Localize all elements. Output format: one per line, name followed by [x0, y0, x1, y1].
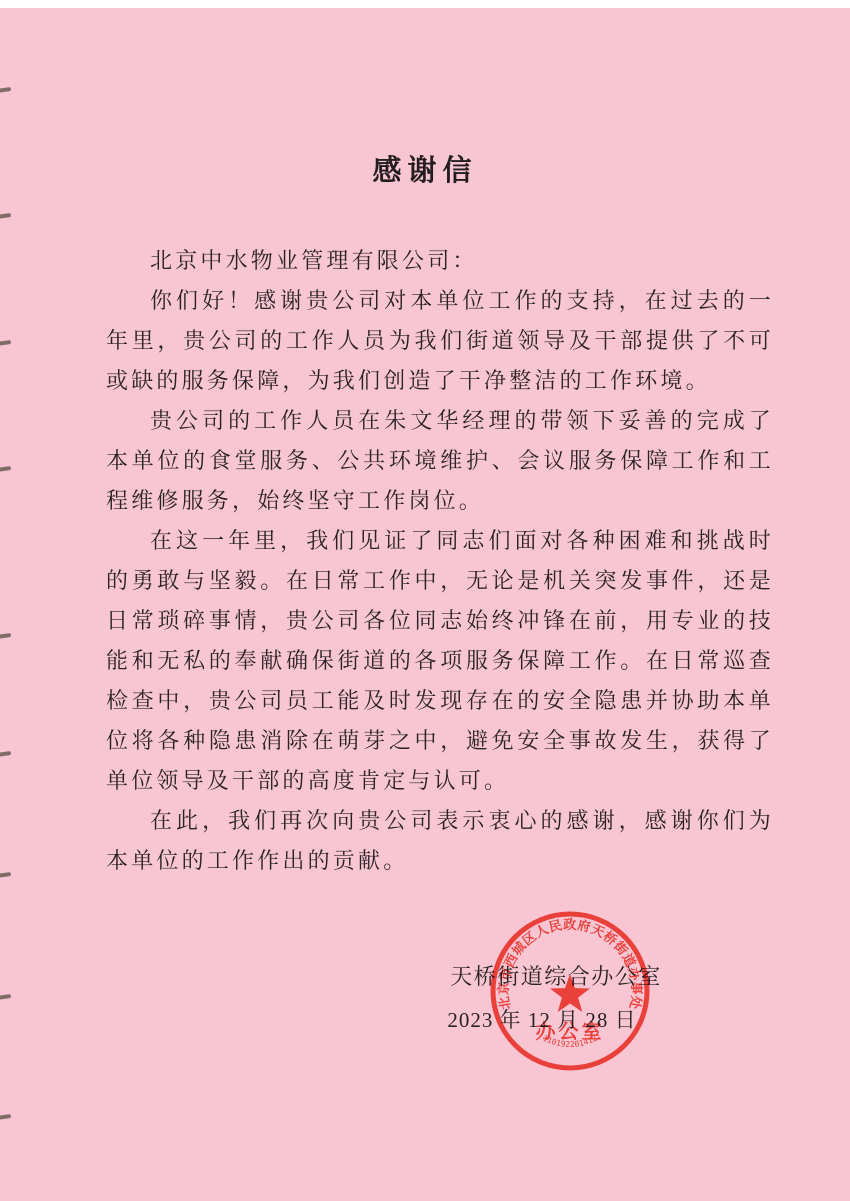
scan-artifact	[0, 1114, 11, 1120]
scan-artifact	[0, 872, 11, 878]
paragraph-1: 你们好！感谢贵公司对本单位工作的支持，在过去的一年里，贵公司的工作人员为我们街道…	[106, 281, 774, 401]
letter-page: 感谢信 北京中水物业管理有限公司： 你们好！感谢贵公司对本单位工作的支持，在过去…	[0, 8, 850, 1201]
scan-artifact	[0, 340, 11, 346]
official-seal: 北京市西城区人民政府天桥街道办事处 办公室 110192201412	[486, 909, 654, 1073]
scan-artifact	[0, 466, 11, 472]
paragraph-2: 贵公司的工作人员在朱文华经理的带领下妥善的完成了本单位的食堂服务、公共环境维护、…	[106, 401, 774, 521]
scan-artifact	[0, 87, 11, 93]
letter-body: 北京中水物业管理有限公司： 你们好！感谢贵公司对本单位工作的支持，在过去的一年里…	[106, 241, 774, 881]
seal-star	[550, 974, 590, 1012]
scan-artifact	[0, 751, 11, 757]
scan-artifact	[0, 633, 11, 639]
paragraph-3: 在这一年里，我们见证了同志们面对各种困难和挑战时的勇敢与坚毅。在日常工作中，无论…	[106, 521, 774, 801]
salutation: 北京中水物业管理有限公司：	[106, 241, 774, 281]
paragraph-4: 在此，我们再次向贵公司表示衷心的感谢，感谢你们为本单位的工作作出的贡献。	[106, 801, 774, 881]
scan-artifact	[0, 213, 11, 219]
letter-title: 感谢信	[0, 148, 850, 189]
scan-artifact	[0, 994, 11, 1000]
